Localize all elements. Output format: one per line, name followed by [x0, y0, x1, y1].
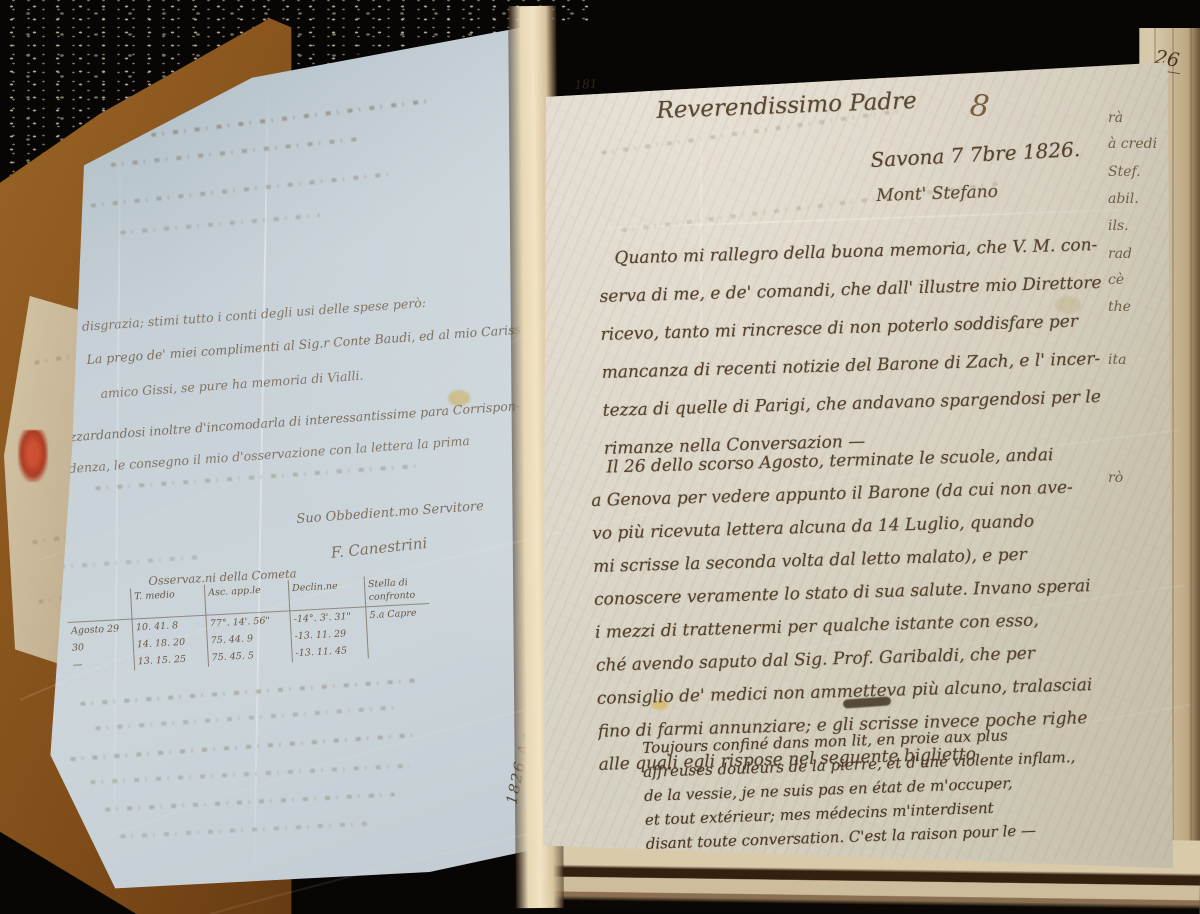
page-number: 8	[968, 88, 991, 125]
bleed-through-marks	[110, 137, 359, 167]
bleed-through-marks	[91, 172, 390, 207]
letter-addressee: Mont' Stefano	[876, 182, 998, 206]
manuscript-line-text: à credi	[1108, 136, 1157, 152]
manuscript-line-text: the	[1108, 299, 1131, 315]
paper-fold-crease	[113, 150, 121, 850]
manuscript-line-text: Stef.	[1108, 164, 1141, 180]
manuscript-line: la disgrazia; stimi tutto i conti degli …	[66, 295, 426, 335]
table-cell: 13. 15. 25	[133, 650, 208, 671]
paper-fold-crease	[253, 90, 269, 885]
letter-dateline: Savona 7 7bre 1826.	[870, 137, 1081, 172]
closing-formula: Suo Obbedient.mo Servitore	[296, 499, 484, 527]
bleed-through-marks	[120, 821, 370, 838]
comet-observation-table: T. medio Asc. app.le Declin.ne Stella di…	[66, 573, 432, 674]
underlying-page-fragment: 181	[574, 76, 598, 92]
table-cell	[367, 638, 432, 658]
table-header-cell: Declin.ne	[288, 576, 366, 611]
manuscript-line-text: cè	[1108, 272, 1124, 288]
bleed-through-marks	[80, 678, 419, 706]
bleed-through-marks	[120, 213, 320, 234]
table-cell: -13. 11. 45	[291, 641, 368, 662]
letter-paragraph: Quanto mi rallegro della buona memoria, …	[598, 224, 1184, 468]
manuscript-line: amico Gissi, se pure ha memoria di Viall…	[100, 368, 364, 401]
bleed-through-marks	[105, 792, 395, 811]
table-cell: —	[69, 654, 134, 674]
bleed-through-marks	[95, 706, 395, 731]
signature: F. Canestrini	[330, 534, 428, 562]
table-header-cell: T. medio	[130, 585, 206, 620]
bleed-through-marks	[70, 733, 419, 761]
bleed-through-marks	[60, 555, 200, 569]
manuscript-line-text: ils.	[1108, 218, 1129, 234]
table-cell: 75. 45. 5	[207, 645, 292, 666]
bleed-through-marks	[90, 764, 410, 785]
manuscript-line-text: rò	[1108, 470, 1123, 486]
manuscript-line-text: ita	[1108, 352, 1126, 368]
table-header-cell: Asc. app.le	[204, 580, 290, 615]
manuscript-line-text: abil.	[1108, 191, 1139, 207]
manuscript-line-text: rad	[1108, 246, 1132, 262]
letter-salutation: Reverendissimo Padre	[656, 88, 917, 124]
quoted-french-passage: Toujours confiné dans mon lit, en proie …	[642, 718, 1176, 856]
table-header-cell: Stella di confronto	[364, 573, 430, 607]
manuscript-photo: 26 181 la disgrazia; stimi tutto i conti…	[0, 0, 1200, 914]
wax-seal-remnant	[18, 430, 48, 482]
manuscript-line-text: rà	[1108, 110, 1123, 126]
table-header-cell	[66, 589, 132, 623]
